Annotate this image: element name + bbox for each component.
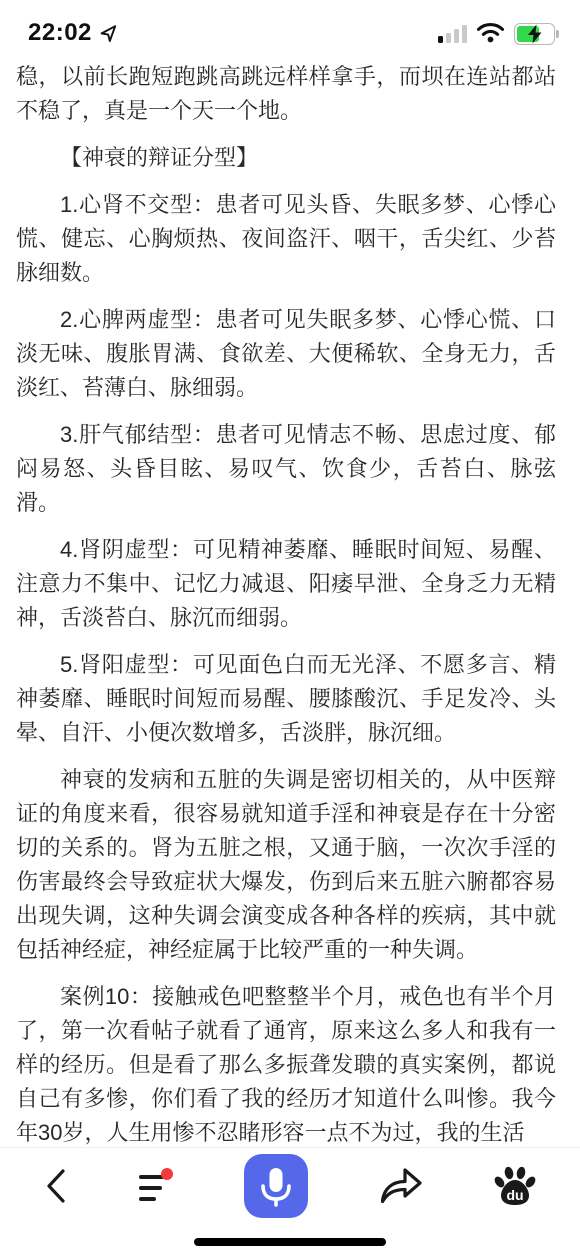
signal-icon: [438, 25, 467, 44]
back-button[interactable]: [44, 1166, 68, 1206]
wifi-icon: [476, 22, 505, 44]
content-paragraph: 3.肝气郁结型：患者可见情志不畅、思虑过度、郁闷易怒、头昏目眩、易叹气、饮食少，…: [16, 418, 556, 520]
content-paragraph: 2.心脾两虚型：患者可见失眠多梦、心悸心慌、口淡无味、腹胀胃满、食欲差、大便稀软…: [16, 303, 556, 405]
home-indicator[interactable]: [194, 1238, 386, 1246]
voice-search-button[interactable]: [244, 1154, 308, 1218]
baidu-du-text: du: [506, 1187, 523, 1203]
content-paragraph: 神衰的发病和五脏的失调是密切相关的，从中医辩证的角度来看，很容易就知道手淫和神衰…: [16, 763, 556, 967]
location-arrow-icon: [99, 24, 118, 43]
battery-icon: [514, 23, 560, 45]
content-paragraph: 4.肾阴虚型：可见精神萎靡、睡眠时间短、易醒、注意力不集中、记忆力减退、阳痿早泄…: [16, 533, 556, 635]
content-paragraph: 5.肾阳虚型：可见面色白而无光泽、不愿多言、精神萎靡、睡眠时间短而易醒、腰膝酸沉…: [16, 648, 556, 750]
bottom-toolbar: du: [0, 1147, 580, 1255]
microphone-icon: [256, 1164, 296, 1208]
status-left: 22:02: [28, 19, 118, 47]
baidu-paw-icon: du: [494, 1165, 536, 1207]
content: 稳，以前长跑短跑跳高跳远样样拿手，而坝在连站都站不稳了，真是一个天一个地。【神衰…: [0, 52, 580, 1150]
status-right: [438, 22, 560, 44]
notification-badge: [161, 1168, 173, 1180]
back-chevron-icon: [44, 1166, 68, 1206]
status-bar: 22:02: [0, 0, 580, 52]
charging-bolt-icon: [527, 24, 543, 44]
status-time: 22:02: [28, 19, 92, 47]
content-paragraph: 案例10：接触戒色吧整整半个月，戒色也有半个月了，第一次看帖子就看了通宵，原来这…: [16, 980, 556, 1150]
content-paragraph: 稳，以前长跑短跑跳高跳远样样拿手，而坝在连站都站不稳了，真是一个天一个地。: [16, 60, 556, 128]
share-arrow-icon: [379, 1167, 423, 1205]
share-button[interactable]: [379, 1167, 423, 1205]
menu-button[interactable]: [139, 1173, 173, 1200]
menu-list-icon: [139, 1173, 173, 1200]
baidu-home-button[interactable]: du: [494, 1165, 536, 1207]
content-paragraph: 1.心肾不交型：患者可见头昏、失眠多梦、心悸心慌、健忘、心胸烦热、夜间盗汗、咽干…: [16, 188, 556, 290]
content-paragraph: 【神衰的辩证分型】: [16, 141, 556, 175]
